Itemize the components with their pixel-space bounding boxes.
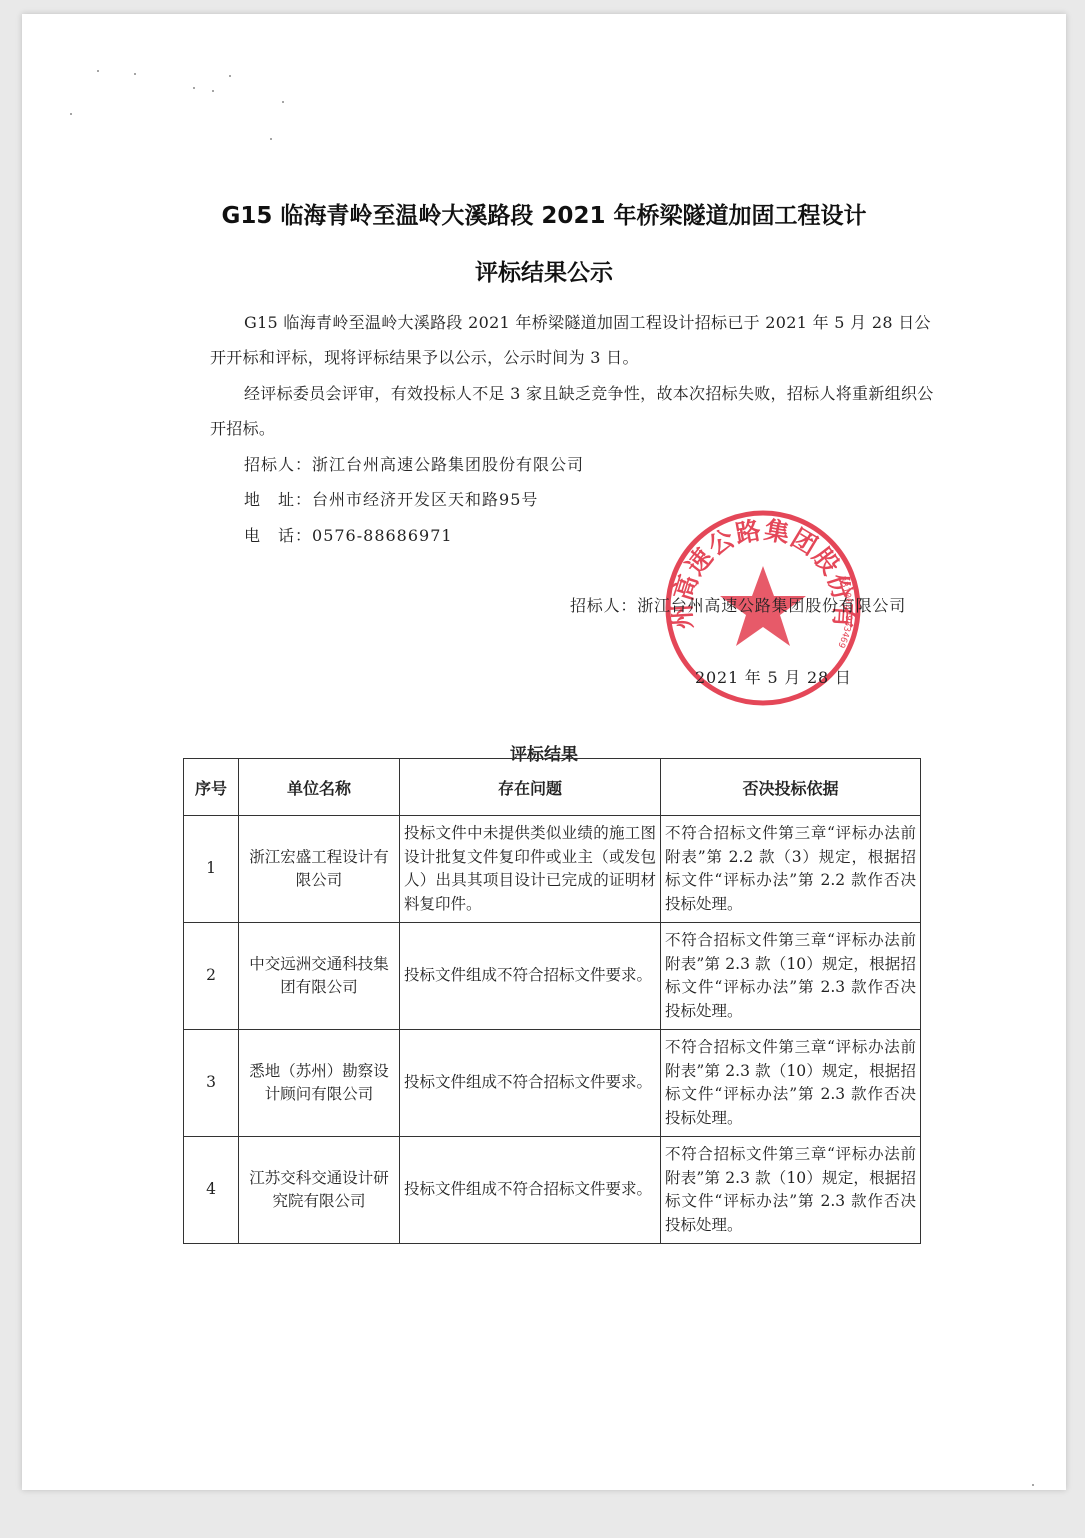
result-paragraph: 经评标委员会评审，有效投标人不足 3 家且缺乏竞争性，故本次招标失败，招标人将重…	[210, 376, 940, 446]
scan-speck	[193, 87, 195, 89]
tenderer-value: 浙江台州高速公路集团股份有限公司	[312, 455, 584, 474]
cell-company: 浙江宏盛工程设计有限公司	[239, 816, 400, 923]
header-company: 单位名称	[239, 759, 400, 816]
phone-info: 电 话：0576-88686971	[244, 523, 453, 546]
scan-speck	[70, 113, 72, 115]
table-row: 2 中交远洲交通科技集团有限公司 投标文件组成不符合招标文件要求。 不符合招标文…	[184, 923, 921, 1030]
table-header-row: 序号 单位名称 存在问题 否决投标依据	[184, 759, 921, 816]
cell-basis: 不符合招标文件第三章“评标办法前附表”第 2.2 款（3）规定，根据招标文件“评…	[661, 816, 921, 923]
scan-speck	[282, 101, 284, 103]
scan-speck	[1032, 1484, 1034, 1486]
cell-no: 4	[184, 1137, 239, 1244]
signature-date: 2021 年 5 月 28 日	[695, 665, 852, 688]
header-basis: 否决投标依据	[661, 759, 921, 816]
cell-basis: 不符合招标文件第三章“评标办法前附表”第 2.3 款（10）规定，根据招标文件“…	[661, 1030, 921, 1137]
scan-speck	[270, 138, 272, 140]
document-page: G15 临海青岭至温岭大溪路段 2021 年桥梁隧道加固工程设计 评标结果公示 …	[22, 14, 1066, 1490]
signature-tenderer: 招标人：浙江台州高速公路集团股份有限公司	[570, 593, 906, 616]
evaluation-results-table: 序号 单位名称 存在问题 否决投标依据 1 浙江宏盛工程设计有限公司 投标文件中…	[183, 758, 921, 1244]
cell-no: 2	[184, 923, 239, 1030]
cell-company: 江苏交科交通设计研究院有限公司	[239, 1137, 400, 1244]
header-issue: 存在问题	[400, 759, 661, 816]
table-row: 3 悉地（苏州）勘察设计顾问有限公司 投标文件组成不符合招标文件要求。 不符合招…	[184, 1030, 921, 1137]
cell-basis: 不符合招标文件第三章“评标办法前附表”第 2.3 款（10）规定，根据招标文件“…	[661, 923, 921, 1030]
scan-speck	[212, 90, 214, 92]
phone-value: 0576-88686971	[312, 526, 453, 545]
cell-issue: 投标文件组成不符合招标文件要求。	[400, 923, 661, 1030]
cell-company: 中交远洲交通科技集团有限公司	[239, 923, 400, 1030]
cell-no: 3	[184, 1030, 239, 1137]
address-label: 地 址：	[244, 490, 312, 509]
cell-basis: 不符合招标文件第三章“评标办法前附表”第 2.3 款（10）规定，根据招标文件“…	[661, 1137, 921, 1244]
cell-no: 1	[184, 816, 239, 923]
document-title: G15 临海青岭至温岭大溪路段 2021 年桥梁隧道加固工程设计	[22, 197, 1066, 230]
tenderer-info: 招标人：浙江台州高速公路集团股份有限公司	[244, 452, 584, 475]
announcement-paragraph: G15 临海青岭至温岭大溪路段 2021 年桥梁隧道加固工程设计招标已于 202…	[210, 305, 940, 375]
phone-label: 电 话：	[244, 526, 312, 545]
table-row: 4 江苏交科交通设计研究院有限公司 投标文件组成不符合招标文件要求。 不符合招标…	[184, 1137, 921, 1244]
address-value: 台州市经济开发区天和路95号	[312, 490, 538, 509]
table-row: 1 浙江宏盛工程设计有限公司 投标文件中未提供类似业绩的施工图设计批复文件复印件…	[184, 816, 921, 923]
scan-speck	[229, 75, 231, 77]
tenderer-label: 招标人：	[244, 455, 312, 474]
cell-issue: 投标文件中未提供类似业绩的施工图设计批复文件复印件或业主（或发包人）出具其项目设…	[400, 816, 661, 923]
cell-company: 悉地（苏州）勘察设计顾问有限公司	[239, 1030, 400, 1137]
address-info: 地 址：台州市经济开发区天和路95号	[244, 487, 538, 510]
scan-speck	[134, 73, 136, 75]
cell-issue: 投标文件组成不符合招标文件要求。	[400, 1030, 661, 1137]
cell-issue: 投标文件组成不符合招标文件要求。	[400, 1137, 661, 1244]
document-subtitle: 评标结果公示	[22, 254, 1066, 287]
header-no: 序号	[184, 759, 239, 816]
scan-speck	[97, 70, 99, 72]
